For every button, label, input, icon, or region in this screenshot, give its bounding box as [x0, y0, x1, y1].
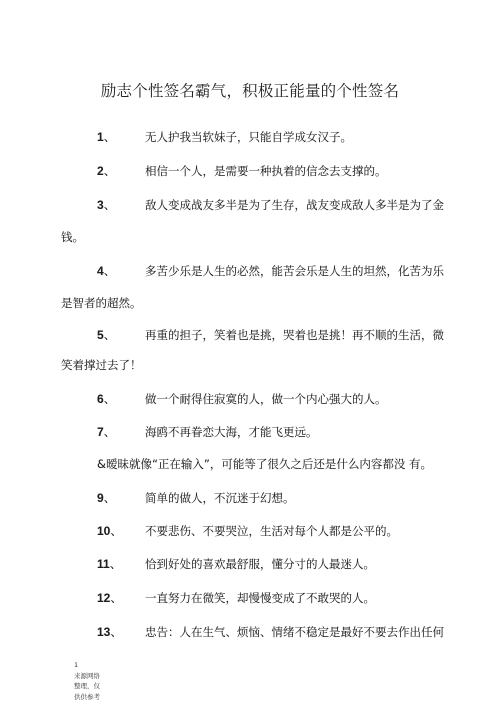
- list-item-continuation: 钱。: [61, 229, 84, 245]
- list-item-text: 相信一个人，是需要一种执着的信念去支撑的。: [145, 163, 387, 179]
- list-item-number: 4、: [97, 262, 145, 279]
- item-number: 1: [97, 130, 104, 144]
- footnote-line-1: 来源网络: [74, 671, 100, 682]
- item-number: 12: [97, 591, 110, 605]
- item-number: 3: [97, 198, 104, 212]
- item-separator: 、: [104, 491, 116, 505]
- item-number: 10: [97, 524, 110, 538]
- list-item-number: 9、: [97, 489, 145, 506]
- list-item: 1、无人护我当软妹子，只能自学成女汉子。: [97, 128, 352, 145]
- list-item: 2、相信一个人，是需要一种执着的信念去支撑的。: [97, 162, 387, 179]
- list-item-number: 2、: [97, 162, 145, 179]
- footnote-line-3: 供供参考: [74, 692, 100, 703]
- list-item-continuation: 是智者的超然。: [61, 295, 142, 311]
- item-number: 7: [97, 425, 104, 439]
- item-separator: 、: [110, 591, 122, 605]
- list-item: 9、简单的做人，不沉迷于幻想。: [97, 489, 295, 506]
- item-separator: 、: [104, 264, 116, 278]
- list-item: 11、恰到好处的喜欢最舒服，懂分寸的人最迷人。: [97, 555, 375, 572]
- list-item: 13、忠告：人在生气、烦恼、情绪不稳定是最好不要去作出任何: [97, 623, 444, 640]
- list-item-text: 再重的担子，笑着也是挑，哭着也是挑！再不顺的生活，微: [145, 327, 444, 343]
- item-separator: 、: [110, 625, 122, 639]
- list-item-number: 5、: [97, 326, 145, 343]
- list-item-text: 一直努力在微笑，却慢慢变成了不敢哭的人。: [145, 590, 375, 606]
- list-item: 12、一直努力在微笑，却慢慢变成了不敢哭的人。: [97, 589, 375, 606]
- list-item-text: 不要悲伤、不要哭泣，生活对每个人都是公平的。: [145, 523, 398, 539]
- document-page: 励志个性签名霸气，积极正能量的个性签名 1、无人护我当软妹子，只能自学成女汉子。…: [0, 0, 500, 708]
- list-item-number: 12、: [97, 589, 145, 606]
- list-item-text: 简单的做人，不沉迷于幻想。: [145, 490, 295, 506]
- item-number: 4: [97, 264, 104, 278]
- list-item-number: 3、: [97, 196, 145, 213]
- item-separator: 、: [104, 328, 116, 342]
- item-number: 13: [97, 625, 110, 639]
- item-separator: 、: [104, 198, 116, 212]
- list-item-number: 10、: [97, 522, 145, 539]
- item-separator: 、: [110, 557, 122, 571]
- item-separator: 、: [104, 425, 116, 439]
- item-separator: 、: [104, 130, 116, 144]
- list-item: 6、做一个耐得住寂寞的人，做一个内心强大的人。: [97, 390, 387, 407]
- list-item-number: 6、: [97, 390, 145, 407]
- list-item-continuation: 笑着撑过去了！: [61, 357, 142, 373]
- document-title: 励志个性签名霸气，积极正能量的个性签名: [0, 79, 500, 101]
- item-number: 6: [97, 392, 104, 406]
- list-item-8-text: &暧昧就像“正在输入”，可能等了很久之后还是什么内容都没 有。: [97, 456, 432, 472]
- list-item-number: 13、: [97, 623, 145, 640]
- list-item-text: 无人护我当软妹子，只能自学成女汉子。: [145, 129, 352, 145]
- list-item: 7、海鸥不再眷恋大海，才能飞更远。: [97, 423, 318, 440]
- list-item-text: 恰到好处的喜欢最舒服，懂分寸的人最迷人。: [145, 556, 375, 572]
- item-number: 5: [97, 328, 104, 342]
- item-separator: 、: [104, 164, 116, 178]
- item-separator: 、: [104, 392, 116, 406]
- list-item-text: 做一个耐得住寂寞的人，做一个内心强大的人。: [145, 391, 387, 407]
- list-item-text: 敌人变成战友多半是为了生存，战友变成敌人多半是为了金: [145, 197, 444, 213]
- list-item-number: 11、: [97, 555, 145, 572]
- item-separator: 、: [110, 524, 122, 538]
- item-number: 9: [97, 491, 104, 505]
- footnote-line-2: 整理，仅: [74, 681, 100, 692]
- page-number: 1: [74, 660, 100, 671]
- item-number: 2: [97, 164, 104, 178]
- list-item-number: 1、: [97, 128, 145, 145]
- footnote: 1 来源网络 整理，仅 供供参考: [74, 660, 100, 702]
- list-item-text: 忠告：人在生气、烦恼、情绪不稳定是最好不要去作出任何: [145, 624, 444, 640]
- list-item-number: 7、: [97, 423, 145, 440]
- item-number: 11: [97, 557, 110, 571]
- list-item-text: 海鸥不再眷恋大海，才能飞更远。: [145, 424, 318, 440]
- list-item: 5、再重的担子，笑着也是挑，哭着也是挑！再不顺的生活，微: [97, 326, 444, 343]
- list-item: 3、敌人变成战友多半是为了生存，战友变成敌人多半是为了金: [97, 196, 444, 213]
- list-item-text: 多苦少乐是人生的必然，能苦会乐是人生的坦然，化苦为乐: [145, 263, 444, 279]
- list-item: 10、不要悲伤、不要哭泣，生活对每个人都是公平的。: [97, 522, 398, 539]
- list-item: 4、多苦少乐是人生的必然，能苦会乐是人生的坦然，化苦为乐: [97, 262, 444, 279]
